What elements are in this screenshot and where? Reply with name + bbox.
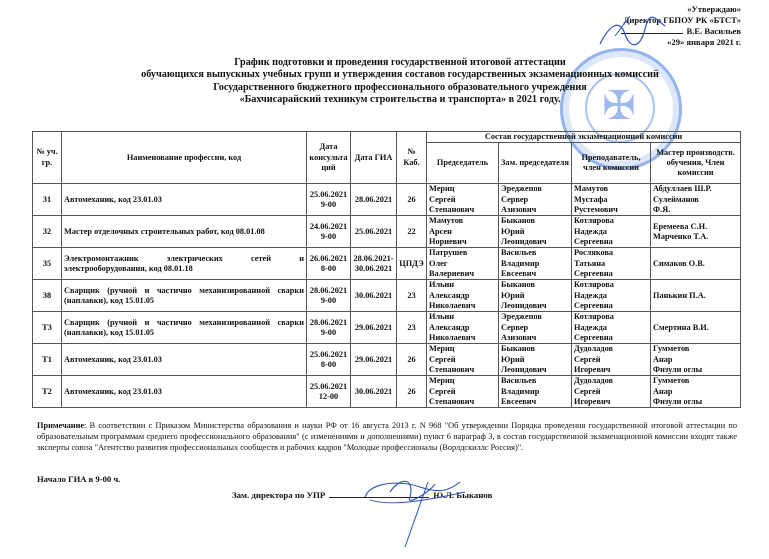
cell-group: 35	[33, 248, 62, 280]
cell-chair: ПатрушевОлегВалериевич	[427, 248, 499, 280]
cell-room: 23	[397, 312, 427, 344]
cell-room: 22	[397, 216, 427, 248]
cell-profession: Автомеханик, код 23.01.03	[62, 344, 307, 376]
note-text: : В соответствии с Приказом Министерства…	[37, 421, 737, 452]
cell-consult-date: 28.06.20219-00	[307, 312, 351, 344]
director-name: В.Е. Васильев	[686, 26, 741, 36]
header-vice-chair: Зам. председателя	[499, 143, 572, 184]
cell-teacher: КотляроваНадеждаСергеевна	[572, 216, 651, 248]
schedule-table-body: 31Автомеханик, код 23.01.0325.06.20219-0…	[33, 184, 741, 408]
cell-gia-date: 29.06.2021	[351, 344, 397, 376]
cell-teacher: КотляроваНадеждаСергеевна	[572, 312, 651, 344]
cell-profession: Сварщик (ручной и частично механизирован…	[62, 312, 307, 344]
table-row: Т1Автомеханик, код 23.01.0325.06.20218-0…	[33, 344, 741, 376]
cell-teacher: МамутовМустафаРустемович	[572, 184, 651, 216]
cell-teacher: РосляковаТатьянаСергеевна	[572, 248, 651, 280]
start-time-note: Начало ГИА в 9-00 ч.	[37, 474, 120, 484]
cell-group: Т2	[33, 376, 62, 408]
cell-consult-date: 24.06.20219-00	[307, 216, 351, 248]
title-line-3: Государственного бюджетного профессионал…	[120, 82, 680, 94]
cell-gia-date: 25.06.2021	[351, 216, 397, 248]
cell-master: Еремеева С.Н.Марченко Т.А.	[651, 216, 741, 248]
header-profession: Наименование профессии, код	[62, 132, 307, 184]
cell-group: Т1	[33, 344, 62, 376]
title-line-4: «Бахчисарайский техникум строительства и…	[120, 94, 680, 106]
cell-room: ЦПДЭ	[397, 248, 427, 280]
table-row: 38Сварщик (ручной и частично механизиров…	[33, 280, 741, 312]
deputy-position: Зам. директора по УПР	[232, 490, 325, 500]
cell-group: 31	[33, 184, 62, 216]
approval-line-3: В.Е. Васильев	[621, 25, 741, 37]
cell-chair: ИльинАлександрНиколаевич	[427, 312, 499, 344]
cell-teacher: ДудоладовСергейИгоревич	[572, 344, 651, 376]
cell-profession: Автомеханик, код 23.01.03	[62, 184, 307, 216]
header-commission: Состав государственной экзаменационной к…	[427, 132, 741, 143]
note-paragraph: Примечание: В соответствии с Приказом Ми…	[37, 421, 737, 454]
cell-vice-chair: ЭреджеповСерверАзизович	[499, 184, 572, 216]
cell-master: ГумметовАнарФизули оглы	[651, 344, 741, 376]
header-chair: Председатель	[427, 143, 499, 184]
cell-group: Т3	[33, 312, 62, 344]
table-row: Т2Автомеханик, код 23.01.0325.06.202112-…	[33, 376, 741, 408]
cell-consult-date: 25.06.202112-00	[307, 376, 351, 408]
cell-master: Смертина В.И.	[651, 312, 741, 344]
cell-chair: МерицСергейСтепанович	[427, 184, 499, 216]
cell-gia-date: 28.06.2021	[351, 184, 397, 216]
cell-consult-date: 26.06.20218-00	[307, 248, 351, 280]
cell-gia-date: 28.06.2021- 30.06.2021	[351, 248, 397, 280]
header-room: № Каб.	[397, 132, 427, 184]
cell-room: 26	[397, 184, 427, 216]
cell-master: Панькин П.А.	[651, 280, 741, 312]
header-consult-date: Дата консульта ций	[307, 132, 351, 184]
cell-chair: МерицСергейСтепанович	[427, 344, 499, 376]
cell-group: 32	[33, 216, 62, 248]
signature-line	[329, 488, 429, 498]
table-row: 32Мастер отделочных строительных работ, …	[33, 216, 741, 248]
deputy-signature-icon	[360, 472, 470, 552]
header-gia-date: Дата ГИА	[351, 132, 397, 184]
title-line-1: График подготовки и проведения государст…	[120, 57, 680, 69]
cell-chair: ИльинАлександрНиколаевич	[427, 280, 499, 312]
cell-vice-chair: ЭреджеповСерверАзизович	[499, 312, 572, 344]
cell-vice-chair: БыкановЮрийЛеонидович	[499, 216, 572, 248]
title-line-2: обучающихся выпускных учебных групп и ут…	[120, 69, 680, 81]
approval-line-1: «Утверждаю»	[621, 4, 741, 15]
signature-line	[621, 25, 683, 34]
cell-vice-chair: БыкановЮрийЛеонидович	[499, 280, 572, 312]
schedule-table: № уч. гр. Наименование профессии, код Да…	[32, 131, 741, 408]
cell-gia-date: 30.06.2021	[351, 280, 397, 312]
document-title: График подготовки и проведения государст…	[120, 57, 680, 106]
cell-master: Симаков О.В.	[651, 248, 741, 280]
cell-gia-date: 29.06.2021	[351, 312, 397, 344]
cell-teacher: ДудоладовСергейИгоревич	[572, 376, 651, 408]
cell-gia-date: 30.06.2021	[351, 376, 397, 408]
table-row: 35Электромонтажник электрических сетей и…	[33, 248, 741, 280]
approval-block: «Утверждаю» Директор ГБПОУ РК «БТСТ» В.Е…	[621, 4, 741, 47]
header-group: № уч. гр.	[33, 132, 62, 184]
deputy-name: Ю.Л. Быканов	[433, 490, 492, 500]
cell-vice-chair: ВасильевВладимирЕвсеевич	[499, 376, 572, 408]
cell-profession: Сварщик (ручной и частично механизирован…	[62, 280, 307, 312]
cell-room: 26	[397, 376, 427, 408]
cell-chair: МерицСергейСтепанович	[427, 376, 499, 408]
cell-consult-date: 25.06.20218-00	[307, 344, 351, 376]
table-row: Т3Сварщик (ручной и частично механизиров…	[33, 312, 741, 344]
cell-consult-date: 28.06.20219-00	[307, 280, 351, 312]
note-label: Примечание	[37, 421, 84, 430]
cell-teacher: КотляроваНадеждаСергеевна	[572, 280, 651, 312]
table-row: 31Автомеханик, код 23.01.0325.06.20219-0…	[33, 184, 741, 216]
cell-room: 26	[397, 344, 427, 376]
cell-profession: Автомеханик, код 23.01.03	[62, 376, 307, 408]
cell-master: ГумметовАнарФизули оглы	[651, 376, 741, 408]
cell-profession: Мастер отделочных строительных работ, ко…	[62, 216, 307, 248]
cell-master: Абдуллаев Ш.Р.СулеймановФ.Я.	[651, 184, 741, 216]
approval-line-4: «29» января 2021 г.	[621, 37, 741, 48]
cell-chair: МамутовАрсенНориевич	[427, 216, 499, 248]
cell-consult-date: 25.06.20219-00	[307, 184, 351, 216]
deputy-signature-block: Зам. директора по УПРЮ.Л. Быканов	[232, 488, 492, 500]
cell-room: 23	[397, 280, 427, 312]
cell-vice-chair: ВасильевВладимирЕвсеевич	[499, 248, 572, 280]
cell-vice-chair: БыкановЮрийЛеонидович	[499, 344, 572, 376]
cell-profession: Электромонтажник электрических сетей и э…	[62, 248, 307, 280]
header-master: Мастер производств. обучения, Член комис…	[651, 143, 741, 184]
cell-group: 38	[33, 280, 62, 312]
header-teacher: Преподаватель, член комиссии	[572, 143, 651, 184]
approval-line-2: Директор ГБПОУ РК «БТСТ»	[621, 15, 741, 26]
